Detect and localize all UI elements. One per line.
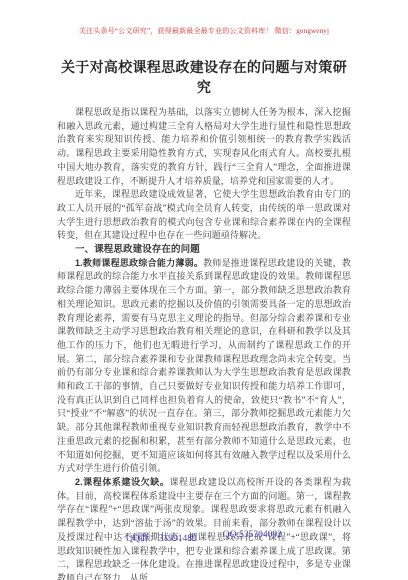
footer-qq-group: QQ群：31991489 — [126, 530, 197, 544]
document-body: 课程思政是指以课程为基础，以落实立德树人任务为根本，深入挖掘和融入思政元素，通过… — [57, 106, 351, 580]
footer-qq: QQ:535304092 — [223, 530, 282, 544]
page-title: 关于对高校课程思政建设存在的问题与对策研究 — [57, 57, 351, 97]
section-heading-label: 一、课程思政建设存在的问题 — [75, 244, 200, 255]
paragraph-text: 近年来，课程思政建设成效显著，它使大学生思想政治教育由专门的政工人员开展的“孤军… — [57, 189, 351, 240]
document-page: 关注头条号“公文研究”，获得最新最全最专业的公文资料库！ 微信：gongweny… — [0, 0, 408, 580]
paragraph-lead: 2.课程体系建设欠缺。 — [75, 477, 169, 487]
section-heading-1: 一、课程思政建设存在的问题 — [57, 243, 351, 257]
paragraph-text: 课程思政建设以高校所开设的各类课程为载体。目前，高校课程体系建设中主要存在三个方… — [57, 477, 351, 580]
paragraph-lead: 1.教师课程思政综合能力薄弱。 — [75, 258, 203, 268]
paragraph: 课程思政是指以课程为基础，以落实立德树人任务为根本，深入挖掘和融入思政元素，通过… — [57, 106, 351, 188]
paragraph-text: 教师是推进课程思政建设的关键，教师课程思政的综合能力水平直接关系到课程思政建设的… — [57, 258, 351, 474]
paragraph: 2.课程体系建设欠缺。课程思政建设以高校所开设的各类课程为载体。目前，高校课程体… — [57, 476, 351, 580]
paragraph: 近年来，课程思政建设成效显著，它使大学生思想政治教育由专门的政工人员开展的“孤军… — [57, 188, 351, 243]
paragraph: 1.教师课程思政综合能力薄弱。教师是推进课程思政建设的关键，教师课程思政的综合能… — [57, 257, 351, 476]
footer-contact: QQ群：31991489 QQ:535304092 — [0, 530, 408, 544]
header-notice: 关注头条号“公文研究”，获得最新最全最专业的公文资料库！ 微信：gongweny… — [57, 26, 351, 36]
paragraph-text: 课程思政是指以课程为基础，以落实立德树人任务为根本，深入挖掘和融入思政元素，通过… — [57, 107, 351, 186]
